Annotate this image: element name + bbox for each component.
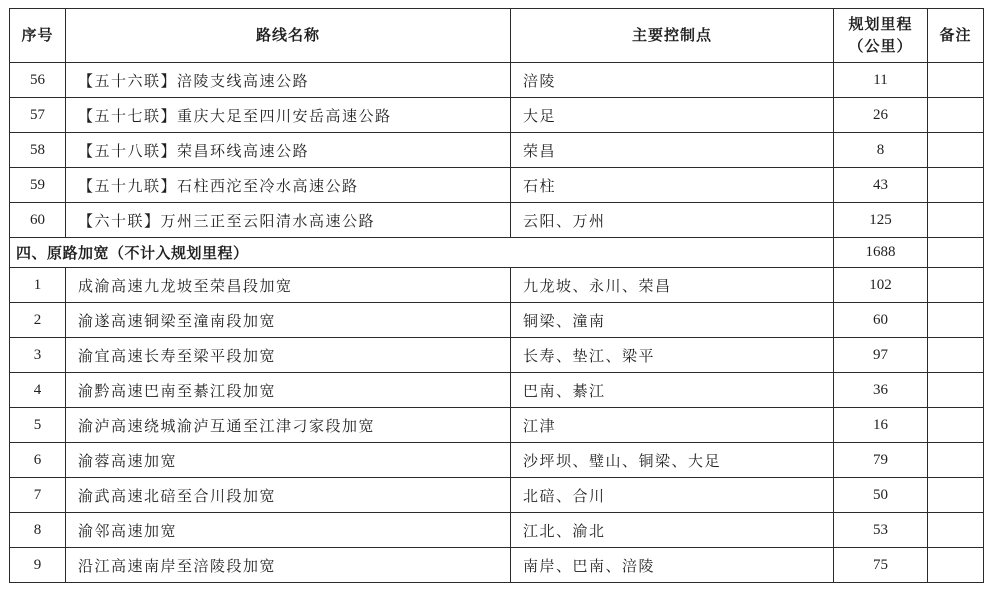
col-header-control-points: 主要控制点: [511, 9, 834, 63]
cell-mileage: 43: [834, 168, 928, 203]
cell-remark: [928, 238, 984, 268]
cell-control-points: 铜梁、潼南: [511, 303, 834, 338]
cell-remark: [928, 513, 984, 548]
cell-index: 9: [10, 548, 66, 583]
cell-route-name: 渝宜高速长寿至梁平段加宽: [66, 338, 511, 373]
highway-mileage-table: 序号 路线名称 主要控制点 规划里程（公里） 备注 56【五十六联】涪陵支线高速…: [9, 8, 984, 583]
table-row: 4渝黔高速巴南至綦江段加宽巴南、綦江36: [10, 373, 984, 408]
col-header-route-name: 路线名称: [66, 9, 511, 63]
cell-remark: [928, 63, 984, 98]
section-row: 四、原路加宽（不计入规划里程）1688: [10, 238, 984, 268]
cell-index: 57: [10, 98, 66, 133]
cell-remark: [928, 548, 984, 583]
cell-mileage: 102: [834, 268, 928, 303]
cell-control-points: 巴南、綦江: [511, 373, 834, 408]
cell-mileage: 1688: [834, 238, 928, 268]
cell-index: 1: [10, 268, 66, 303]
table-row: 5渝泸高速绕城渝泸互通至江津刁家段加宽江津16: [10, 408, 984, 443]
cell-route-name: 渝黔高速巴南至綦江段加宽: [66, 373, 511, 408]
table-row: 56【五十六联】涪陵支线高速公路涪陵11: [10, 63, 984, 98]
cell-mileage: 50: [834, 478, 928, 513]
cell-index: 6: [10, 443, 66, 478]
cell-mileage: 125: [834, 203, 928, 238]
cell-remark: [928, 168, 984, 203]
table-row: 1成渝高速九龙坡至荣昌段加宽九龙坡、永川、荣昌102: [10, 268, 984, 303]
cell-remark: [928, 443, 984, 478]
table-row: 59【五十九联】石柱西沱至冷水高速公路石柱43: [10, 168, 984, 203]
cell-index: 7: [10, 478, 66, 513]
table-row: 3渝宜高速长寿至梁平段加宽长寿、垫江、梁平97: [10, 338, 984, 373]
cell-index: 4: [10, 373, 66, 408]
cell-route-name: 【五十八联】荣昌环线高速公路: [66, 133, 511, 168]
cell-mileage: 26: [834, 98, 928, 133]
cell-remark: [928, 98, 984, 133]
cell-mileage: 36: [834, 373, 928, 408]
cell-route-name: 【六十联】万州三正至云阳清水高速公路: [66, 203, 511, 238]
col-header-mileage: 规划里程（公里）: [834, 9, 928, 63]
cell-route-name: 渝邻高速加宽: [66, 513, 511, 548]
cell-index: 56: [10, 63, 66, 98]
cell-mileage: 11: [834, 63, 928, 98]
cell-remark: [928, 268, 984, 303]
cell-control-points: 南岸、巴南、涪陵: [511, 548, 834, 583]
col-header-remark: 备注: [928, 9, 984, 63]
cell-index: 5: [10, 408, 66, 443]
cell-control-points: 涪陵: [511, 63, 834, 98]
cell-route-name: 【五十七联】重庆大足至四川安岳高速公路: [66, 98, 511, 133]
cell-remark: [928, 338, 984, 373]
cell-route-name: 【五十六联】涪陵支线高速公路: [66, 63, 511, 98]
cell-control-points: 江津: [511, 408, 834, 443]
cell-mileage: 79: [834, 443, 928, 478]
col-header-mileage-line1: 规划里程: [848, 16, 912, 33]
cell-control-points: 长寿、垫江、梁平: [511, 338, 834, 373]
cell-index: 58: [10, 133, 66, 168]
cell-route-name: 成渝高速九龙坡至荣昌段加宽: [66, 268, 511, 303]
table-row: 58【五十八联】荣昌环线高速公路荣昌8: [10, 133, 984, 168]
cell-index: 8: [10, 513, 66, 548]
cell-index: 60: [10, 203, 66, 238]
cell-route-name: 渝泸高速绕城渝泸互通至江津刁家段加宽: [66, 408, 511, 443]
cell-mileage: 8: [834, 133, 928, 168]
cell-mileage: 16: [834, 408, 928, 443]
cell-route-name: 渝蓉高速加宽: [66, 443, 511, 478]
cell-control-points: 九龙坡、永川、荣昌: [511, 268, 834, 303]
cell-remark: [928, 373, 984, 408]
cell-control-points: 荣昌: [511, 133, 834, 168]
table-row: 60【六十联】万州三正至云阳清水高速公路云阳、万州125: [10, 203, 984, 238]
cell-control-points: 江北、渝北: [511, 513, 834, 548]
table-body: 56【五十六联】涪陵支线高速公路涪陵1157【五十七联】重庆大足至四川安岳高速公…: [10, 63, 984, 583]
header-row: 序号 路线名称 主要控制点 规划里程（公里） 备注: [10, 9, 984, 63]
cell-control-points: 北碚、合川: [511, 478, 834, 513]
table-row: 8渝邻高速加宽江北、渝北53: [10, 513, 984, 548]
cell-index: 2: [10, 303, 66, 338]
col-header-index: 序号: [10, 9, 66, 63]
cell-remark: [928, 133, 984, 168]
cell-remark: [928, 303, 984, 338]
col-header-mileage-line2: （公里）: [848, 38, 912, 55]
cell-control-points: 大足: [511, 98, 834, 133]
cell-route-name: 沿江高速南岸至涪陵段加宽: [66, 548, 511, 583]
section-title: 四、原路加宽（不计入规划里程）: [10, 238, 834, 268]
cell-route-name: 【五十九联】石柱西沱至冷水高速公路: [66, 168, 511, 203]
cell-index: 59: [10, 168, 66, 203]
cell-control-points: 云阳、万州: [511, 203, 834, 238]
cell-mileage: 75: [834, 548, 928, 583]
cell-route-name: 渝武高速北碚至合川段加宽: [66, 478, 511, 513]
cell-control-points: 石柱: [511, 168, 834, 203]
cell-mileage: 60: [834, 303, 928, 338]
cell-route-name: 渝遂高速铜梁至潼南段加宽: [66, 303, 511, 338]
table-row: 57【五十七联】重庆大足至四川安岳高速公路大足26: [10, 98, 984, 133]
cell-remark: [928, 203, 984, 238]
table-row: 9沿江高速南岸至涪陵段加宽南岸、巴南、涪陵75: [10, 548, 984, 583]
table-row: 6渝蓉高速加宽沙坪坝、璧山、铜梁、大足79: [10, 443, 984, 478]
cell-mileage: 53: [834, 513, 928, 548]
cell-remark: [928, 408, 984, 443]
cell-control-points: 沙坪坝、璧山、铜梁、大足: [511, 443, 834, 478]
table-row: 7渝武高速北碚至合川段加宽北碚、合川50: [10, 478, 984, 513]
cell-index: 3: [10, 338, 66, 373]
cell-remark: [928, 478, 984, 513]
cell-mileage: 97: [834, 338, 928, 373]
table-row: 2渝遂高速铜梁至潼南段加宽铜梁、潼南60: [10, 303, 984, 338]
